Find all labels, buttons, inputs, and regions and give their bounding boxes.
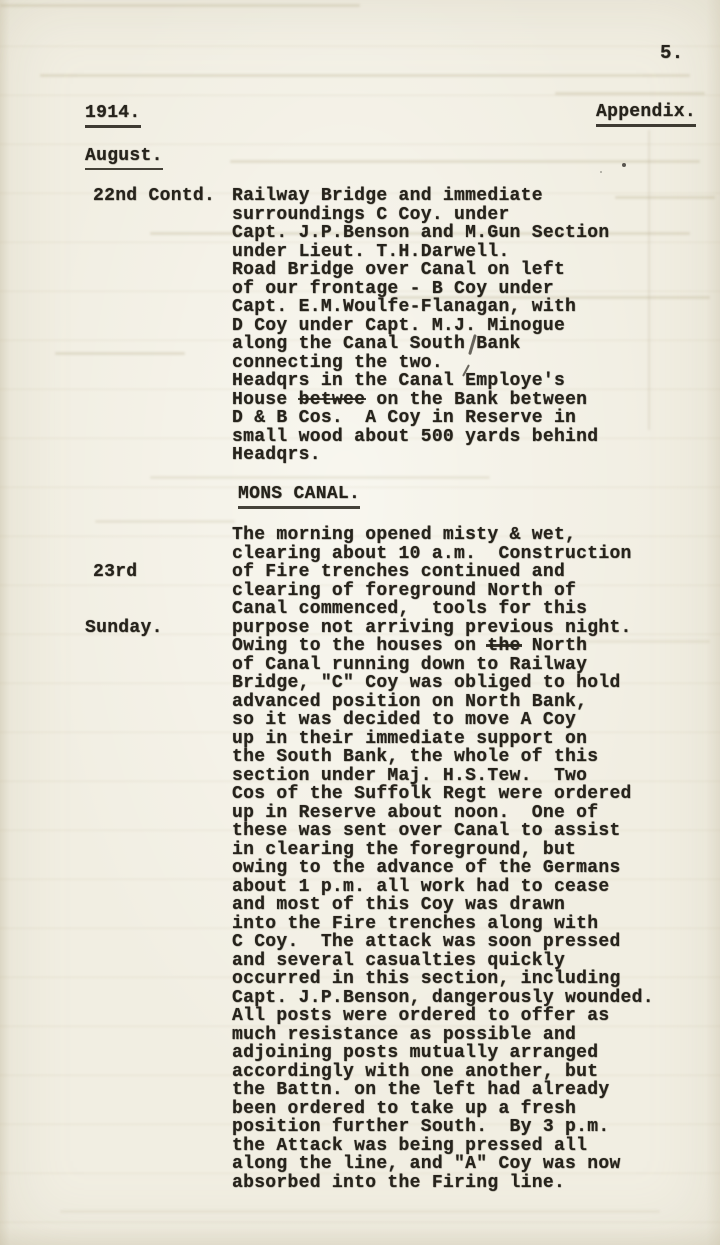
text-segment: about 1 p.m. all work had to cease [232, 877, 609, 897]
entry-body-23rd: The morning opened misty & wet,clearing … [232, 526, 654, 1192]
text-segment: House [232, 390, 299, 410]
text-segment: been ordered to take up a fresh [232, 1099, 576, 1119]
text-segment: Capt. J.P.Benson and M.Gun Section [232, 223, 609, 243]
text-segment: of Canal running down to Railway [232, 655, 587, 675]
text-segment: D Coy under Capt. M.J. Minogue [232, 316, 565, 336]
text-segment: the South Bank, the whole of this [232, 747, 598, 767]
text-segment: of our frontage - B Coy under [232, 279, 554, 299]
ink-speck [600, 171, 602, 173]
typed-text-line: small wood about 500 yards behind [232, 428, 609, 447]
typed-text-line: accordingly with one another, but [232, 1063, 654, 1082]
typed-text-line: the South Bank, the whole of this [232, 748, 654, 767]
typed-text-line: and several casualties quickly [232, 952, 654, 971]
typed-text-line: of Fire trenches continued and [232, 563, 654, 582]
year-heading: 1914. [85, 103, 141, 128]
typed-text-line: so it was decided to move A Coy [232, 711, 654, 730]
typed-text-line: Headqrs in the Canal Employe's [232, 372, 609, 391]
text-segment: D & B Cos. A Coy in Reserve in [232, 408, 576, 428]
entry-date-label-23rd: 23rd Sunday. [93, 526, 163, 674]
text-segment: Railway Bridge and immediate [232, 186, 543, 206]
paper-streak [615, 196, 715, 199]
text-segment: of Fire trenches continued and [232, 562, 565, 582]
struck-text: the [487, 636, 520, 656]
page-number: 5. [660, 42, 683, 64]
text-segment: occurred in this section, including [232, 969, 621, 989]
text-segment: Headqrs in the Canal Employe's [232, 371, 565, 391]
typed-text-line: D & B Cos. A Coy in Reserve in [232, 409, 609, 428]
typed-text-line: Cos of the Suffolk Regt were ordered [232, 785, 654, 804]
typed-text-line: Owing to the houses on the North [232, 637, 654, 656]
text-segment: on the Bank between [365, 390, 587, 410]
typed-text-line: Headqrs. [232, 446, 609, 465]
typed-text-line: House betwee on the Bank between [232, 391, 609, 410]
text-segment: All posts were ordered to offer as [232, 1006, 609, 1026]
text-segment: Cos of the Suffolk Regt were ordered [232, 784, 632, 804]
appendix-heading: Appendix. [596, 102, 696, 127]
typed-text-line: purpose not arriving previous night. [232, 619, 654, 638]
typed-text-line: Railway Bridge and immediate [232, 187, 609, 206]
text-segment: Canal commenced, tools for this [232, 599, 587, 619]
paper-streak [555, 92, 705, 95]
text-segment: much resistance as possible and [232, 1025, 576, 1045]
text-segment: adjoining posts mutually arranged [232, 1043, 598, 1063]
typed-text-line: along the Canal South Bank [232, 335, 609, 354]
typed-text-line: absorbed into the Firing line. [232, 1174, 654, 1193]
text-segment: and several casualties quickly [232, 951, 565, 971]
typed-text-line: of our frontage - B Coy under [232, 280, 609, 299]
text-segment: small wood about 500 yards behind [232, 427, 598, 447]
typed-text-line: been ordered to take up a fresh [232, 1100, 654, 1119]
typed-text-line: up in their immediate support on [232, 730, 654, 749]
typed-text-line: surroundings C Coy. under [232, 206, 609, 225]
typed-text-line: Capt. J.P.Benson and M.Gun Section [232, 224, 609, 243]
text-segment: along the line, and "A" Coy was now [232, 1154, 621, 1174]
typed-text-line: owing to the advance of the Germans [232, 859, 654, 878]
typed-text-line: Capt. J.P.Benson, dangerously wounded. [232, 989, 654, 1008]
paper-streak [150, 476, 490, 479]
text-segment: position further South. By 3 p.m. [232, 1117, 609, 1137]
typed-text-line: into the Fire trenches along with [232, 915, 654, 934]
typed-text-line: much resistance as possible and [232, 1026, 654, 1045]
paper-streak [55, 352, 185, 355]
text-segment: Headqrs. [232, 445, 321, 465]
text-segment: up in their immediate support on [232, 729, 587, 749]
text-segment: advanced position on North Bank, [232, 692, 587, 712]
typed-text-line: and most of this Coy was drawn [232, 896, 654, 915]
text-segment: up in Reserve about noon. One of [232, 803, 598, 823]
typed-text-line: D Coy under Capt. M.J. Minogue [232, 317, 609, 336]
typed-text-line: under Lieut. T.H.Darwell. [232, 243, 609, 262]
typed-text-line: section under Maj. H.S.Tew. Two [232, 767, 654, 786]
typed-text-line: All posts were ordered to offer as [232, 1007, 654, 1026]
paper-streak [0, 4, 360, 7]
entry-date-line: 23rd [93, 563, 163, 582]
text-segment: Bridge, "C" Coy was obliged to hold [232, 673, 621, 693]
typed-text-line: clearing about 10 a.m. Construction [232, 545, 654, 564]
paper-streak [40, 74, 690, 77]
text-segment: under Lieut. T.H.Darwell. [232, 242, 510, 262]
typed-text-line: Capt. E.M.Woulfe-Flanagan, with [232, 298, 609, 317]
paper-crease [648, 130, 650, 430]
paper-streak [230, 160, 700, 163]
text-segment: owing to the advance of the Germans [232, 858, 621, 878]
text-segment: The morning opened misty & wet, [232, 525, 576, 545]
text-segment: these was sent over Canal to assist [232, 821, 621, 841]
text-segment: clearing about 10 a.m. Construction [232, 544, 632, 564]
typed-text-line: of Canal running down to Railway [232, 656, 654, 675]
typed-text-line: along the line, and "A" Coy was now [232, 1155, 654, 1174]
text-segment: clearing of foreground North of [232, 581, 576, 601]
text-segment: Capt. J.P.Benson, dangerously wounded. [232, 988, 654, 1008]
text-segment: connecting the two. [232, 353, 443, 373]
section-heading-mons-canal: MONS CANAL. [238, 484, 360, 509]
text-segment: the Battn. on the left had already [232, 1080, 609, 1100]
text-segment: accordingly with one another, but [232, 1062, 598, 1082]
typed-text-line: the Attack was being pressed all [232, 1137, 654, 1156]
typed-text-line: up in Reserve about noon. One of [232, 804, 654, 823]
ink-speck [622, 163, 626, 167]
text-segment: Road Bridge over Canal on left [232, 260, 565, 280]
typed-text-line: in clearing the foreground, but [232, 841, 654, 860]
typed-text-line: these was sent over Canal to assist [232, 822, 654, 841]
struck-text: betwee [299, 390, 366, 410]
text-segment: C Coy. The attack was soon pressed [232, 932, 621, 952]
typed-text-line: C Coy. The attack was soon pressed [232, 933, 654, 952]
typed-text-line: clearing of foreground North of [232, 582, 654, 601]
typed-text-line: Bridge, "C" Coy was obliged to hold [232, 674, 654, 693]
text-segment: along the Canal South Bank [232, 334, 521, 354]
typed-text-line: occurred in this section, including [232, 970, 654, 989]
text-segment: absorbed into the Firing line. [232, 1173, 565, 1193]
entry-body-22nd: Railway Bridge and immediatesurroundings… [232, 187, 609, 465]
typed-text-line: position further South. By 3 p.m. [232, 1118, 654, 1137]
typed-text-line: Canal commenced, tools for this [232, 600, 654, 619]
typed-text-line: connecting the two. [232, 354, 609, 373]
text-segment: North [521, 636, 588, 656]
text-segment: in clearing the foreground, but [232, 840, 576, 860]
text-segment: and most of this Coy was drawn [232, 895, 565, 915]
text-segment: purpose not arriving previous night. [232, 618, 632, 638]
month-heading: August. [85, 146, 163, 170]
text-segment: Owing to the houses on [232, 636, 487, 656]
typed-text-line: Road Bridge over Canal on left [232, 261, 609, 280]
paper-streak [60, 1210, 660, 1213]
text-segment: the Attack was being pressed all [232, 1136, 587, 1156]
paper-streak [95, 520, 235, 523]
typed-text-line: advanced position on North Bank, [232, 693, 654, 712]
entry-date-line: Sunday. [85, 619, 163, 638]
typed-text-line: about 1 p.m. all work had to cease [232, 878, 654, 897]
document-page: 5. 1914. Appendix. August. 22nd Contd. R… [0, 0, 720, 1245]
typed-text-line: The morning opened misty & wet, [232, 526, 654, 545]
text-segment: surroundings C Coy. under [232, 205, 510, 225]
text-segment: into the Fire trenches along with [232, 914, 598, 934]
text-segment: section under Maj. H.S.Tew. Two [232, 766, 587, 786]
typed-text-line: the Battn. on the left had already [232, 1081, 654, 1100]
text-segment: Capt. E.M.Woulfe-Flanagan, with [232, 297, 576, 317]
entry-date-label-22nd: 22nd Contd. [93, 187, 215, 206]
typed-text-line: adjoining posts mutually arranged [232, 1044, 654, 1063]
text-segment: so it was decided to move A Coy [232, 710, 576, 730]
